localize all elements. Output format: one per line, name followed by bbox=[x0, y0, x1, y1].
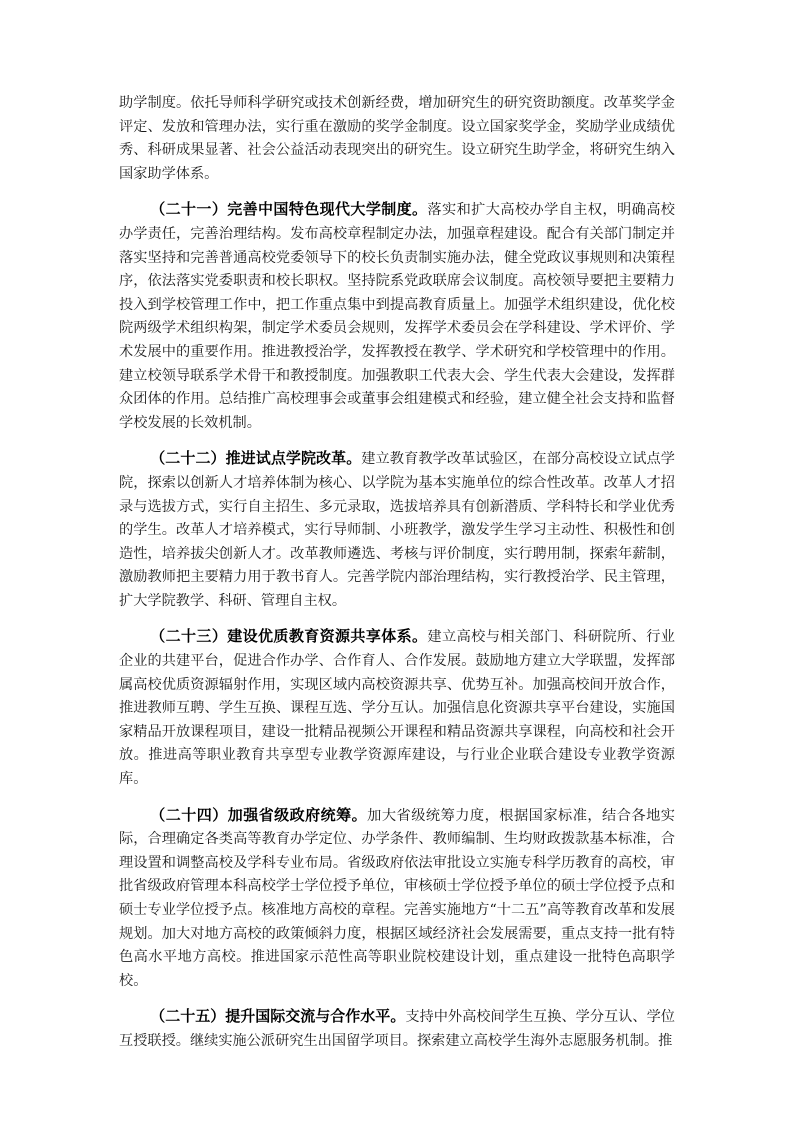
paragraph-25: （二十五）提升国际交流与合作水平。支持中外高校间学生互换、学分互认、学位互授联授… bbox=[119, 1005, 675, 1053]
paragraph-continuation: 助学制度。依托导师科学研究或技术创新经费，增加研究生的研究资助额度。改革奖学金评… bbox=[119, 92, 675, 186]
paragraph-21: （二十一）完善中国特色现代大学制度。落实和扩大高校办学自主权，明确高校办学责任，… bbox=[119, 198, 675, 435]
paragraph-heading: （二十五）提升国际交流与合作水平。 bbox=[150, 1007, 405, 1025]
paragraph-heading: （二十三）建设优质教育资源共享体系。 bbox=[150, 627, 427, 645]
paragraph-heading: （二十一）完善中国特色现代大学制度。 bbox=[150, 200, 427, 218]
paragraph-heading: （二十二）推进试点学院改革。 bbox=[150, 449, 361, 467]
paragraph-heading: （二十四）加强省级政府统筹。 bbox=[150, 806, 367, 824]
paragraph-body: 落实和扩大高校办学自主权，明确高校办学责任，完善治理结构。发布高校章程制定办法，… bbox=[119, 202, 675, 430]
paragraph-24: （二十四）加强省级政府统筹。加大省级统筹力度，根据国家标准，结合各地实际，合理确… bbox=[119, 804, 675, 994]
paragraph-body: 加大省级统筹力度，根据国家标准，结合各地实际，合理确定各类高等教育办学定位、办学… bbox=[119, 808, 675, 989]
paragraph-23: （二十三）建设优质教育资源共享体系。建立高校与相关部门、科研院所、行业企业的共建… bbox=[119, 625, 675, 791]
paragraph-22: （二十二）推进试点学院改革。建立教育教学改革试验区，在部分高校设立试点学院，探索… bbox=[119, 447, 675, 613]
paragraph-body: 建立教育教学改革试验区，在部分高校设立试点学院，探索以创新人才培养体制为核心、以… bbox=[119, 451, 675, 609]
paragraph-body: 建立高校与相关部门、科研院所、行业企业的共建平台，促进合作办学、合作育人、合作发… bbox=[119, 629, 675, 787]
document-page: 助学制度。依托导师科学研究或技术创新经费，增加研究生的研究资助额度。改革奖学金评… bbox=[119, 92, 675, 1066]
paragraph-body: 助学制度。依托导师科学研究或技术创新经费，增加研究生的研究资助额度。改革奖学金评… bbox=[119, 95, 675, 182]
